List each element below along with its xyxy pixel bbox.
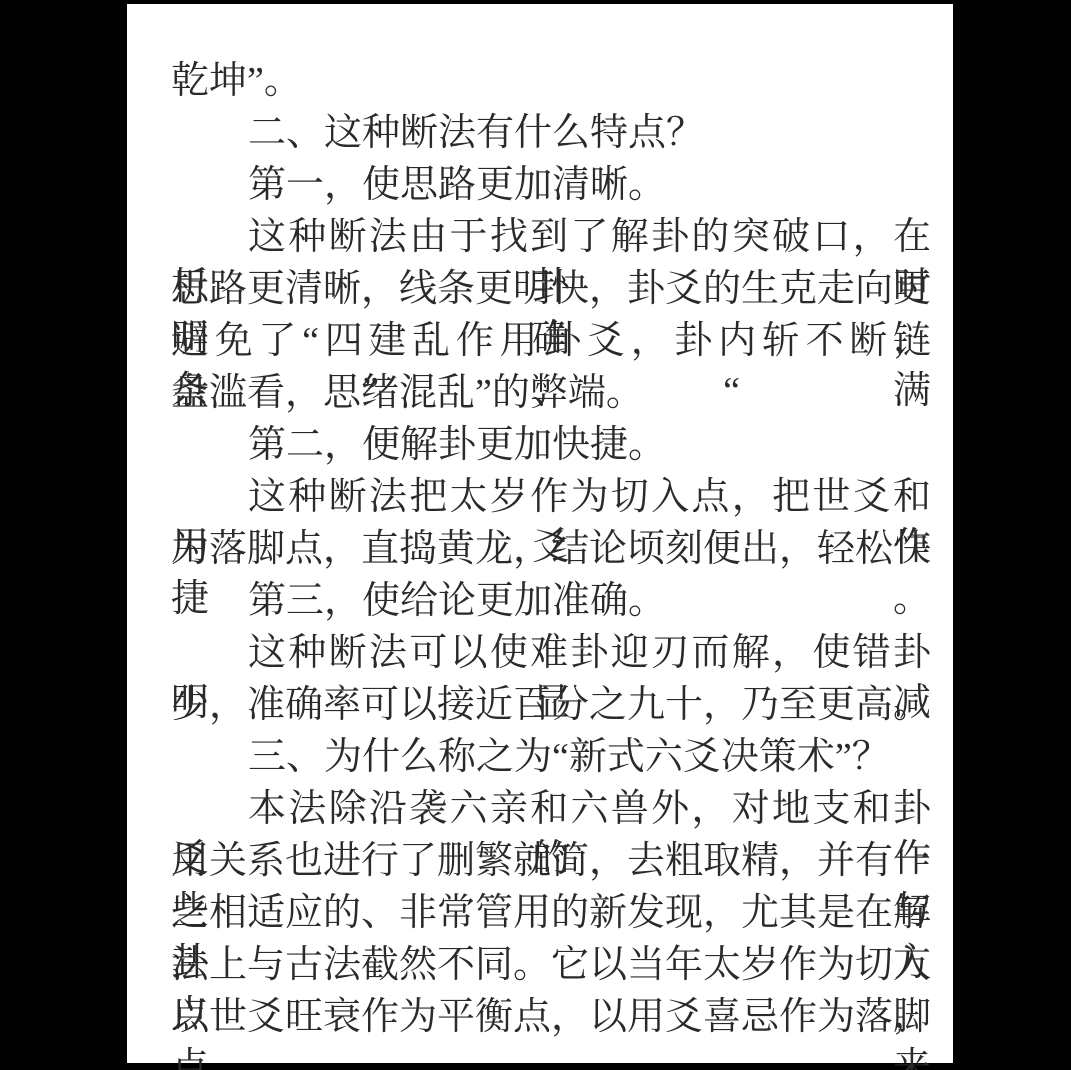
text-line: 少，准确率可以接近百分之九十，乃至更高。: [171, 680, 931, 732]
text-line: 以世爻旺衰作为平衡点，以用爻喜忌作为落脚点来: [171, 992, 931, 1044]
text-line: 避免了“四建乱作用卦爻，卦内斩不断链条”、“满: [171, 316, 931, 368]
text-line: 第一，使思路更加清晰。: [171, 160, 931, 212]
text-line: 本法除沿袭六亲和六兽外，对地支和卦爻的作: [171, 784, 931, 836]
text-line: 为落脚点，直捣黄龙，结论顷刻便出，轻松快捷。: [171, 524, 931, 576]
text-line: 这种断法把太岁作为切入点，把世爻和用爻作: [171, 472, 931, 524]
text-line: 法上与古法截然不同。它以当年太岁作为切入点，: [171, 940, 931, 992]
text-line: 这种断法可以使难卦迎刃而解，使错卦明显减: [171, 628, 931, 680]
text-line: 之相适应的、非常管用的新发现，尤其是在解卦方: [171, 888, 931, 940]
text-column: 乾坤”。二、这种断法有什么特点？第一，使思路更加清晰。这种断法由于找到了解卦的突…: [171, 56, 931, 1044]
text-line: 乾坤”。: [171, 56, 931, 108]
text-line: 用关系也进行了删繁就简，去粗取精，并有一些与: [171, 836, 931, 888]
text-line: 二、这种断法有什么特点？: [171, 108, 931, 160]
text-line: 第二，便解卦更加快捷。: [171, 420, 931, 472]
text-line: 三、为什么称之为“新式六爻决策术”？: [171, 732, 931, 784]
book-page-paper: 乾坤”。二、这种断法有什么特点？第一，使思路更加清晰。这种断法由于找到了解卦的突…: [127, 4, 953, 1063]
text-line: 思路更清晰，线条更明快，卦爻的生克走向更明确，: [171, 264, 931, 316]
text-line: 这种断法由于找到了解卦的突破口，在析卦时: [171, 212, 931, 264]
scanned-book-page: { "page": { "frame_color": "#000000", "p…: [0, 0, 1071, 1070]
